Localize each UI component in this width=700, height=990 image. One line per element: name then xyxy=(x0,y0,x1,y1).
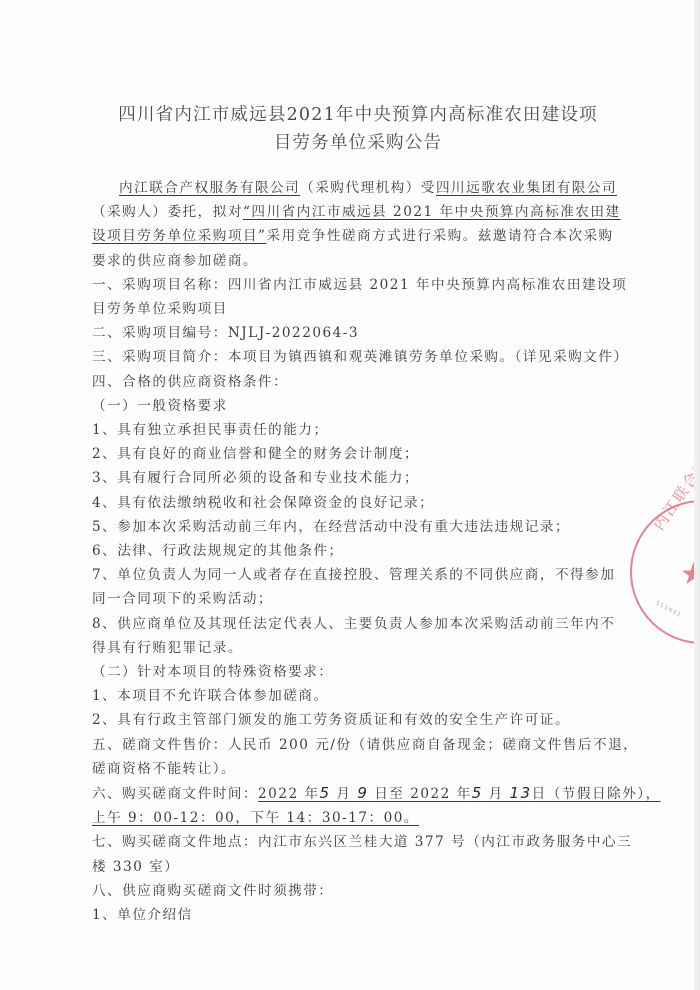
general-requirement-item: 3、具有履行合同所必须的设备和专业技术能力； xyxy=(92,466,632,490)
section-8-heading: 八、供应商购买磋商文件时须携带： xyxy=(92,879,632,903)
range-to: 日至 2022 年 xyxy=(368,786,471,802)
section-6-label: 六、购买磋商文件时间： xyxy=(92,786,258,802)
official-seal-stamp: 内江联合产权 ★ 511011 xyxy=(630,500,700,644)
document-body: 内江联合产权服务有限公司（采购代理机构）受四川远歌农业集团有限公司 （采购人）委… xyxy=(92,176,632,927)
general-requirement-item: 2、具有良好的商业信誉和健全的财务会计制度； xyxy=(92,442,632,466)
intro-line-4: 要求的供应商参加磋商。 xyxy=(92,249,632,273)
general-requirement-item: 8、供应商单位及其现任法定代表人、主要负责人参加本次采购活动前三年内不 xyxy=(92,612,632,636)
office-hours: 上午 9：00-12：00，下午 14：30-17：00。 xyxy=(92,810,419,826)
holiday-note: 日（节假日除外）， xyxy=(532,786,661,802)
month-label: 月 xyxy=(483,786,510,802)
purchase-period: 2022 年5 月 9 日至 2022 年5 月 13日（节假日除外）， xyxy=(258,786,661,802)
page-edge-shadow xyxy=(694,0,700,990)
start-day-handwritten: 9 xyxy=(357,784,368,802)
stamp-text: 内江联合产权 xyxy=(648,438,700,534)
title-line-2: 目劳务单位采购公告 xyxy=(88,129,628,157)
section-7-location-line-1: 七、购买磋商文件地点：内江市东兴区兰桂大道 377 号（内江市政务服务中心三 xyxy=(92,830,632,854)
title-line-1: 四川省内江市威远县2021年中央预算内高标准农田建设项 xyxy=(88,101,628,129)
section-6-time-line-2: 上午 9：00-12：00，下午 14：30-17：00。 xyxy=(92,806,632,830)
general-requirement-item: 7、单位负责人为同一人或者存在直接控股、管理关系的不同供应商，不得参加 xyxy=(92,563,632,587)
general-requirement-item: 同一合同项下的采购活动； xyxy=(92,587,632,611)
general-requirement-item: 5、参加本次采购活动前三年内，在经营活动中没有重大违法违规记录； xyxy=(92,515,632,539)
general-requirement-item: 4、具有依法缴纳税收和社会保障资金的良好记录； xyxy=(92,491,632,515)
section-3-summary: 三、采购项目简介：本项目为镇西镇和观英滩镇劳务单位采购。（详见采购文件） xyxy=(92,345,632,369)
document-title: 四川省内江市威远县2021年中央预算内高标准农田建设项 目劳务单位采购公告 xyxy=(88,101,628,157)
special-requirement-item: 1、本项目不允许联合体参加磋商。 xyxy=(92,684,632,708)
section-2-project-number: 二、采购项目编号：NJLJ-2022064-3 xyxy=(92,321,632,345)
agency-role: （采购代理机构）受 xyxy=(300,180,436,196)
purchaser-name: 四川远歌农业集团有限公司 xyxy=(436,180,617,196)
start-month-handwritten: 5 xyxy=(320,784,331,802)
month-label: 月 xyxy=(331,786,358,802)
section-6-time-line-1: 六、购买磋商文件时间：2022 年5 月 9 日至 2022 年5 月 13日（… xyxy=(92,781,632,806)
end-day-handwritten: 13 xyxy=(510,784,532,802)
special-requirement-item: 2、具有行政主管部门颁发的施工劳务资质证和有效的安全生产许可证。 xyxy=(92,708,632,732)
start-year: 2022 年 xyxy=(258,786,320,802)
required-document-item: 1、单位介绍信 xyxy=(92,903,632,927)
section-4-heading: 四、合格的供应商资格条件： xyxy=(92,370,632,394)
section-5-price-line-2: 磋商资格不能转让）。 xyxy=(92,757,632,781)
intro-line-3: 设项目劳务单位采购项目”采用竞争性磋商方式进行采购。兹邀请符合本次采购 xyxy=(92,224,632,248)
general-requirement-item: 得具有行贿犯罪记录。 xyxy=(92,636,632,660)
agency-name: 内江联合产权服务有限公司 xyxy=(119,180,300,196)
section-5-price-line-1: 五、磋商文件售价：人民币 200 元/份（请供应商自备现金；磋商文件售后不退， xyxy=(92,733,632,757)
purchaser-role: （采购人）委托，拟对 xyxy=(92,204,243,220)
intro-line-1: 内江联合产权服务有限公司（采购代理机构）受四川远歌农业集团有限公司 xyxy=(92,176,632,200)
stamp-code: 511011 xyxy=(654,600,683,620)
general-requirement-item: 1、具有独立承担民事责任的能力； xyxy=(92,418,632,442)
project-name-quoted-2: 设项目劳务单位采购项目” xyxy=(92,228,266,244)
section-7-location-line-2: 楼 330 室） xyxy=(92,855,632,879)
section-1-line-2: 目劳务单位采购项目 xyxy=(92,297,632,321)
intro-line-2: （采购人）委托，拟对“四川省内江市威远县 2021 年中央预算内高标准农田建 xyxy=(92,200,632,224)
end-month-handwritten: 5 xyxy=(472,784,483,802)
special-requirements-heading: （二）针对本项目的特殊资格要求： xyxy=(92,660,632,684)
general-requirements-heading: （一）一般资格要求 xyxy=(92,394,632,418)
intro-tail-1: 采用竞争性磋商方式进行采购。兹邀请符合本次采购 xyxy=(266,228,613,244)
document-page: 四川省内江市威远县2021年中央预算内高标准农田建设项 目劳务单位采购公告 内江… xyxy=(0,0,700,990)
general-requirement-item: 6、法律、行政法规规定的其他条件； xyxy=(92,539,632,563)
project-name-quoted-1: “四川省内江市威远县 2021 年中央预算内高标准农田建 xyxy=(243,204,621,220)
section-1-line-1: 一、采购项目名称：四川省内江市威远县 2021 年中央预算内高标准农田建设项 xyxy=(92,273,632,297)
